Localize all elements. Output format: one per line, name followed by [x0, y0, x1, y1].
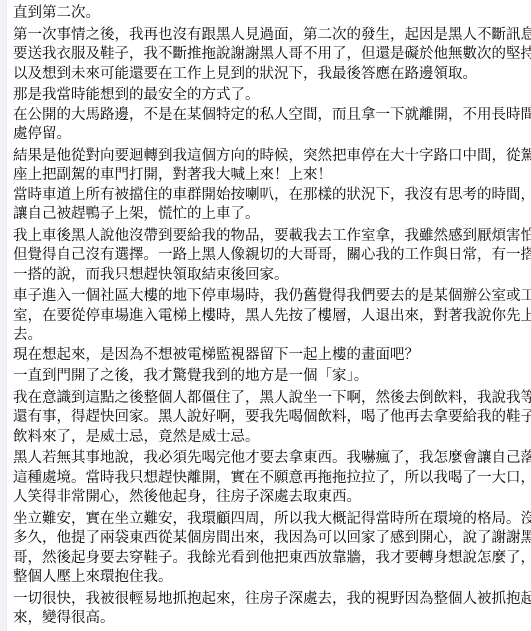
- paragraph: 第一次事情之後，我再也沒有跟黑人見過面，第二次的發生，起因是黑人不斷訊息說要送我…: [13, 26, 523, 85]
- paragraph: 直到第二次。: [13, 4, 523, 24]
- text-line: 一搭的說，而我只想趕快領取結束後回家。: [13, 266, 523, 286]
- paragraph: 黑人若無其事地說，我必須先喝完他才要去拿東西。我嚇瘋了，我怎麼會讓自己落到這種處…: [13, 449, 523, 508]
- text-line: 座上把副駕的車門打開，對著我大喊上來！上來！: [13, 166, 523, 186]
- text-line: 現在想起來，是因為不想被電梯監視器留下一起上樓的畫面吧？: [13, 346, 523, 366]
- text-line: 但覺得自己沒有選擇。一路上黑人像親切的大哥哥，關心我的工作與日常，有一搭沒: [13, 246, 523, 266]
- paragraph: 我在意識到這點之後整個人都僵住了，黑人說坐一下啊，然後去倒飲料，我說我等下還有事…: [13, 389, 523, 448]
- text-line: 黑人若無其事地說，我必須先喝完他才要去拿東西。我嚇瘋了，我怎麼會讓自己落到: [13, 449, 523, 469]
- text-line: 這種處境。當時我只想趕快離開，實在不願意再拖拖拉拉了，所以我喝了一大口，黑: [13, 469, 523, 489]
- text-line: 坐立難安，實在坐立難安，我環顧四周，所以我大概記得當時所在環境的格局。沒過: [13, 510, 523, 530]
- text-line: 哥，然後起身要去穿鞋子。我餘光看到他把東西放靠牆，我才要轉身想說怎麼了，他: [13, 549, 523, 569]
- text-line: 那是我當時能想到的最安全的方式了。: [13, 86, 523, 106]
- text-line: 以及想到未來可能還要在工作上見到的狀況下，我最後答應在路邊領取。: [13, 65, 523, 85]
- left-page-gutter: [0, 0, 7, 631]
- text-line: 在公開的大馬路邊，不是在某個特定的私人空間，而且拿一下就離開，不用長時間相: [13, 106, 523, 126]
- text-line: 飲料來了，是威士忌，竟然是威士忌。: [13, 428, 523, 448]
- text-line: 來，變得很高。: [13, 609, 523, 629]
- text-line: 一切很快，我被很輕易地抓抱起來，往房子深處去，我的視野因為整個人被抓抱起: [13, 590, 523, 610]
- paragraph: 結果是他從對向要迴轉到我這個方向的時候，突然把車停在大十字路口中間，從駕駛座上把…: [13, 147, 523, 225]
- text-line: 讓自己被趕鴨子上架，慌忙的上車了。: [13, 205, 523, 225]
- text-line: 整個人壓上來環抱住我。: [13, 568, 523, 588]
- text-line: 我在意識到這點之後整個人都僵住了，黑人說坐一下啊，然後去倒飲料，我說我等下: [13, 389, 523, 409]
- text-line: 室，在要從停車場進入電梯上樓時，黑人先按了樓層，人退出來，對著我說你先上: [13, 307, 523, 327]
- text-line: 我上車後黑人說他沒帶到要給我的物品，要載我去工作室拿，我雖然感到厭煩害怕，: [13, 227, 523, 247]
- paragraph: 那是我當時能想到的最安全的方式了。在公開的大馬路邊，不是在某個特定的私人空間，而…: [13, 86, 523, 145]
- text-line: 要送我衣服及鞋子，我不斷推拖說謝謝黑人哥不用了，但還是礙於他無數次的堅持，: [13, 45, 523, 65]
- paragraph: 我上車後黑人說他沒帶到要給我的物品，要載我去工作室拿，我雖然感到厭煩害怕，但覺得…: [13, 227, 523, 286]
- paragraph: 車子進入一個社區大樓的地下停車場時，我仍舊覺得我們要去的是某個辦公室或工作室，在…: [13, 287, 523, 365]
- post-body-text: 直到第二次。第一次事情之後，我再也沒有跟黑人見過面，第二次的發生，起因是黑人不斷…: [13, 4, 523, 631]
- text-line: 車子進入一個社區大樓的地下停車場時，我仍舊覺得我們要去的是某個辦公室或工作: [13, 287, 523, 307]
- paragraph: 一切很快，我被很輕易地抓抱起來，往房子深處去，我的視野因為整個人被抓抱起來，變得…: [13, 590, 523, 629]
- text-line: 去。: [13, 326, 523, 346]
- paragraph: 坐立難安，實在坐立難安，我環顧四周，所以我大概記得當時所在環境的格局。沒過多久，…: [13, 510, 523, 588]
- paragraph: 一直到門開了之後，我才驚覺我到的地方是一個「家」。: [13, 367, 523, 387]
- text-line: 當時車道上所有被擋住的車群開始按喇叭，在那樣的狀況下，我沒有思考的時間，我: [13, 186, 523, 206]
- text-line: 人笑得非常開心，然後他起身，往房子深處去取東西。: [13, 488, 523, 508]
- text-line: 多久，他提了兩袋東西從某個房間出來，我因為可以回家了感到開心，說了謝謝黑人: [13, 529, 523, 549]
- text-line: 第一次事情之後，我再也沒有跟黑人見過面，第二次的發生，起因是黑人不斷訊息說: [13, 26, 523, 46]
- text-line: 直到第二次。: [13, 4, 523, 24]
- text-line: 一直到門開了之後，我才驚覺我到的地方是一個「家」。: [13, 367, 523, 387]
- text-line: 結果是他從對向要迴轉到我這個方向的時候，突然把車停在大十字路口中間，從駕駛: [13, 147, 523, 167]
- text-line: 還有事，得趕快回家。黑人說好啊，要我先喝個飲料，喝了他再去拿要給我的鞋子。: [13, 408, 523, 428]
- text-line: 處停留。: [13, 125, 523, 145]
